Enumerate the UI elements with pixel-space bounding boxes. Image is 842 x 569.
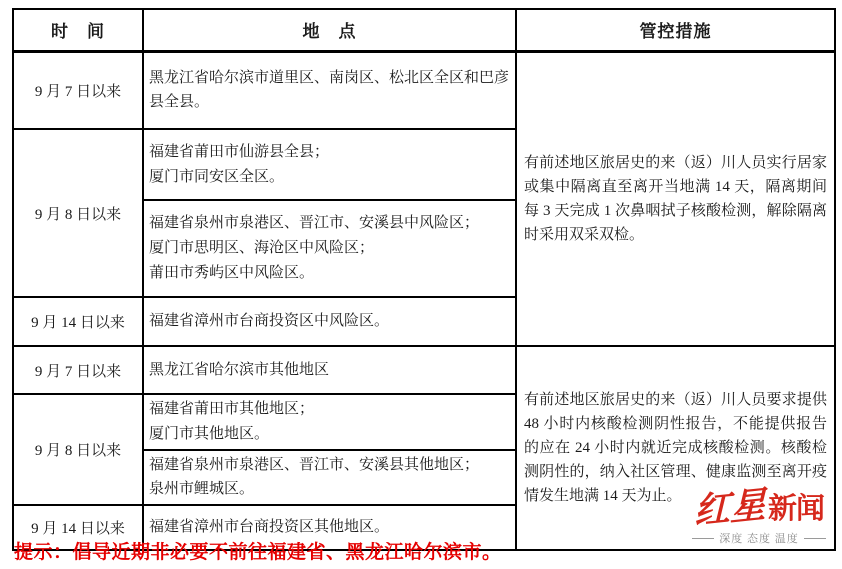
tagline-dash-right (804, 538, 826, 539)
time-cell-sep8-b: 9 月 8 日以来 (13, 394, 143, 505)
time-cell-sep7-b: 9 月 7 日以来 (13, 346, 143, 394)
table-row: 9 月 7 日以来 黑龙江省哈尔滨市其他地区 有前述地区旅居史的来（返）川人员要… (13, 346, 835, 394)
tagline-dash-left (692, 538, 714, 539)
notice-page: 时 间 地 点 管控措施 9 月 7 日以来 黑龙江省哈尔滨市道里区、南岗区、松… (0, 0, 842, 569)
advisory-note: 提示：倡导近期非必要不前往福建省、黑龙江哈尔滨市。 (14, 537, 502, 564)
time-cell-sep14: 9 月 14 日以来 (13, 297, 143, 346)
logo-text-hongxing: 红星 (694, 486, 766, 530)
location-cell-zhangzhou-midrisk: 福建省漳州市台商投资区中风险区。 (143, 297, 516, 346)
time-cell-sep7: 9 月 7 日以来 (13, 51, 143, 129)
location-cell-harbin-other: 黑龙江省哈尔滨市其他地区 (143, 346, 516, 394)
logo-wordmark: 红星 新闻 (680, 490, 838, 526)
logo-tagline: 深度 态度 温度 (680, 530, 838, 546)
location-cell-harbin-districts: 黑龙江省哈尔滨市道里区、南岗区、松北区全区和巴彦县全县。 (143, 51, 516, 129)
table-header-row: 时 间 地 点 管控措施 (13, 9, 835, 51)
table-row: 9 月 7 日以来 黑龙江省哈尔滨市道里区、南岗区、松北区全区和巴彦县全县。 有… (13, 51, 835, 129)
time-cell-sep8: 9 月 8 日以来 (13, 129, 143, 297)
location-cell-putian-xiamen: 福建省莆田市仙游县全县； 厦门市同安区全区。 (143, 129, 516, 200)
header-measures: 管控措施 (516, 9, 835, 51)
header-location: 地 点 (143, 9, 516, 51)
control-measures-table: 时 间 地 点 管控措施 9 月 7 日以来 黑龙江省哈尔滨市道里区、南岗区、松… (12, 8, 836, 551)
location-cell-quanzhou-midrisk: 福建省泉州市泉港区、晋江市、安溪县中风险区； 厦门市思明区、海沧区中风险区； 莆… (143, 200, 516, 297)
redstar-news-logo: 红星 新闻 深度 态度 温度 (680, 490, 838, 546)
header-time: 时 间 (13, 9, 143, 51)
measure-cell-quarantine: 有前述地区旅居史的来（返）川人员实行居家或集中隔离直至离开当地满 14 天，隔离… (516, 51, 835, 346)
location-cell-quanzhou-other: 福建省泉州市泉港区、晋江市、安溪县其他地区； 泉州市鲤城区。 (143, 450, 516, 506)
location-cell-putian-other: 福建省莆田市其他地区； 厦门市其他地区。 (143, 394, 516, 450)
logo-text-xinwen: 新闻 (768, 495, 824, 526)
tagline-text: 深度 态度 温度 (719, 530, 799, 546)
